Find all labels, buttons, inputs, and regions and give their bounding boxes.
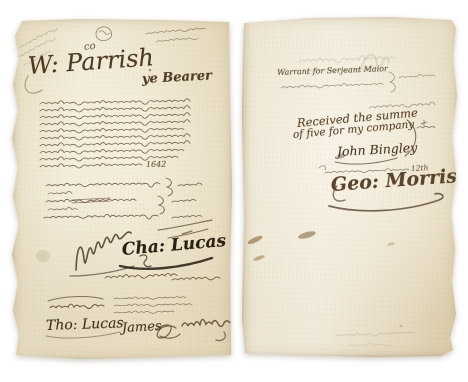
manuscript-page-recto: co W: Parrish ye Bearer 1642 Cha: Lucas … xyxy=(10,18,232,360)
ink-stain xyxy=(253,254,266,262)
ink-stroke xyxy=(158,220,212,230)
ink-stroke xyxy=(319,166,326,170)
ink-stroke xyxy=(48,191,72,194)
ink-stroke xyxy=(182,318,230,330)
ink-stroke xyxy=(281,82,383,89)
ink-stroke xyxy=(114,303,192,307)
ink-stroke xyxy=(105,273,177,280)
ink-stroke xyxy=(172,199,196,202)
signature-tho-lucas: Tho: Lucas xyxy=(46,315,124,334)
ink-stain xyxy=(387,242,395,246)
ink-stroke xyxy=(172,215,202,218)
ink-stroke xyxy=(99,31,110,35)
ink-stroke xyxy=(40,113,190,121)
ink-stroke xyxy=(156,37,198,43)
signature-james: James xyxy=(122,319,162,336)
ink-stroke xyxy=(40,99,190,107)
ink-stroke xyxy=(120,258,212,269)
ink-stroke xyxy=(178,183,202,186)
ink-stroke xyxy=(166,178,172,196)
ink-stroke xyxy=(114,296,186,300)
photograph: co W: Parrish ye Bearer 1642 Cha: Lucas … xyxy=(0,0,468,382)
ink-stroke xyxy=(216,332,225,341)
ink-stain xyxy=(400,325,403,327)
ink-stroke xyxy=(40,148,184,155)
ink-stroke xyxy=(48,207,78,210)
ink-stroke xyxy=(114,310,174,314)
ink-stroke xyxy=(40,127,184,134)
ink-stroke xyxy=(399,73,435,78)
ink-stain xyxy=(247,234,264,245)
ink-stroke xyxy=(299,55,395,64)
ink-stroke xyxy=(40,141,190,149)
ink-stroke xyxy=(389,72,395,92)
ink-stroke xyxy=(50,303,104,310)
ink-stroke xyxy=(160,334,180,338)
ink-stroke xyxy=(40,120,190,128)
ink-stroke xyxy=(44,214,158,221)
ink-stain xyxy=(36,250,50,262)
manuscript-page-verso: Warrant for Serjeant Maior Received the … xyxy=(241,16,458,357)
ink-stroke xyxy=(421,120,427,126)
ink-stroke xyxy=(19,27,57,49)
ink-stroke xyxy=(46,182,160,189)
ink-stroke xyxy=(48,297,103,301)
ink-stroke xyxy=(158,196,164,214)
ink-stroke xyxy=(40,134,190,142)
ink-stroke xyxy=(417,126,435,128)
ink-stroke xyxy=(146,27,206,34)
ink-stain xyxy=(298,230,317,240)
ink-stroke xyxy=(40,162,142,168)
ink-stroke xyxy=(349,343,391,347)
ink-stroke xyxy=(172,276,220,281)
ink-stroke xyxy=(40,106,190,114)
ink-stroke xyxy=(336,331,414,337)
ink-stroke xyxy=(335,158,397,164)
body-year: 1642 xyxy=(146,160,167,169)
manuscript-page-verso-wrap: Warrant for Serjeant Maior Received the … xyxy=(241,16,458,357)
manuscript-page-recto-wrap: co W: Parrish ye Bearer 1642 Cha: Lucas … xyxy=(10,18,232,360)
ink-stroke xyxy=(329,194,443,211)
ink-stain xyxy=(205,259,207,261)
